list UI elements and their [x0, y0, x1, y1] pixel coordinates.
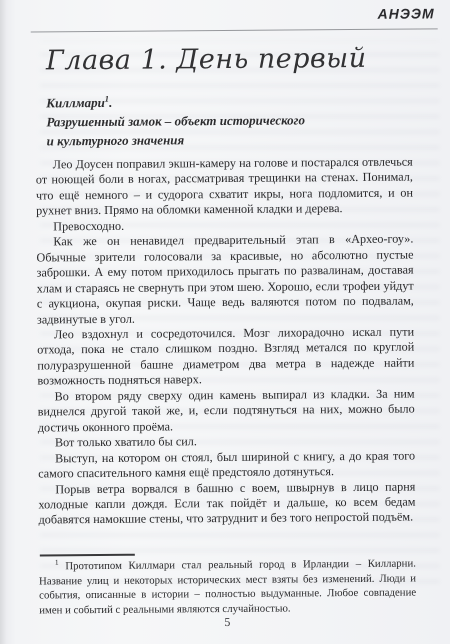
body-paragraph: Во втором ряду сверху один камень выпира…: [38, 386, 415, 435]
scanned-page-content: АНЭЭМ Глава 1. День первый Киллмари1. Ра…: [0, 0, 450, 644]
book-page: АНЭЭМ Глава 1. День первый Киллмари1. Ра…: [0, 0, 450, 644]
footnote-text: Прототипом Киллмари стал реальный город …: [39, 558, 416, 616]
footnote-divider: [40, 554, 135, 556]
epigraph-location: Киллмари: [46, 95, 105, 110]
epigraph-subtitle-line-2: и культурного значения: [46, 129, 386, 151]
publisher-watermark: АНЭЭМ: [378, 5, 435, 21]
epigraph: Киллмари1. Разрушенный замок – объект ис…: [46, 91, 386, 151]
body-paragraph: Лео вздохнул и сосредоточился. Мозг лихо…: [37, 324, 414, 389]
body-paragraph: Выступ, на котором он стоял, был шириной…: [38, 448, 415, 482]
body-text: Лео Доусен поправил экшн-камеру на голов…: [36, 155, 416, 529]
body-paragraph: Порыв ветра ворвался в башню с воем, швы…: [38, 479, 415, 528]
body-paragraph: Как же он ненавидел предварительный этап…: [36, 232, 414, 328]
epigraph-location-period: .: [109, 95, 112, 110]
page-number: 5: [2, 613, 450, 632]
header-rule: [31, 28, 438, 32]
chapter-title: Глава 1. День первый: [46, 43, 367, 77]
body-paragraph: Лео Доусен поправил экшн-камеру на голов…: [36, 155, 413, 220]
footnote: 1 Прототипом Киллмари стал реальный горо…: [39, 557, 416, 618]
